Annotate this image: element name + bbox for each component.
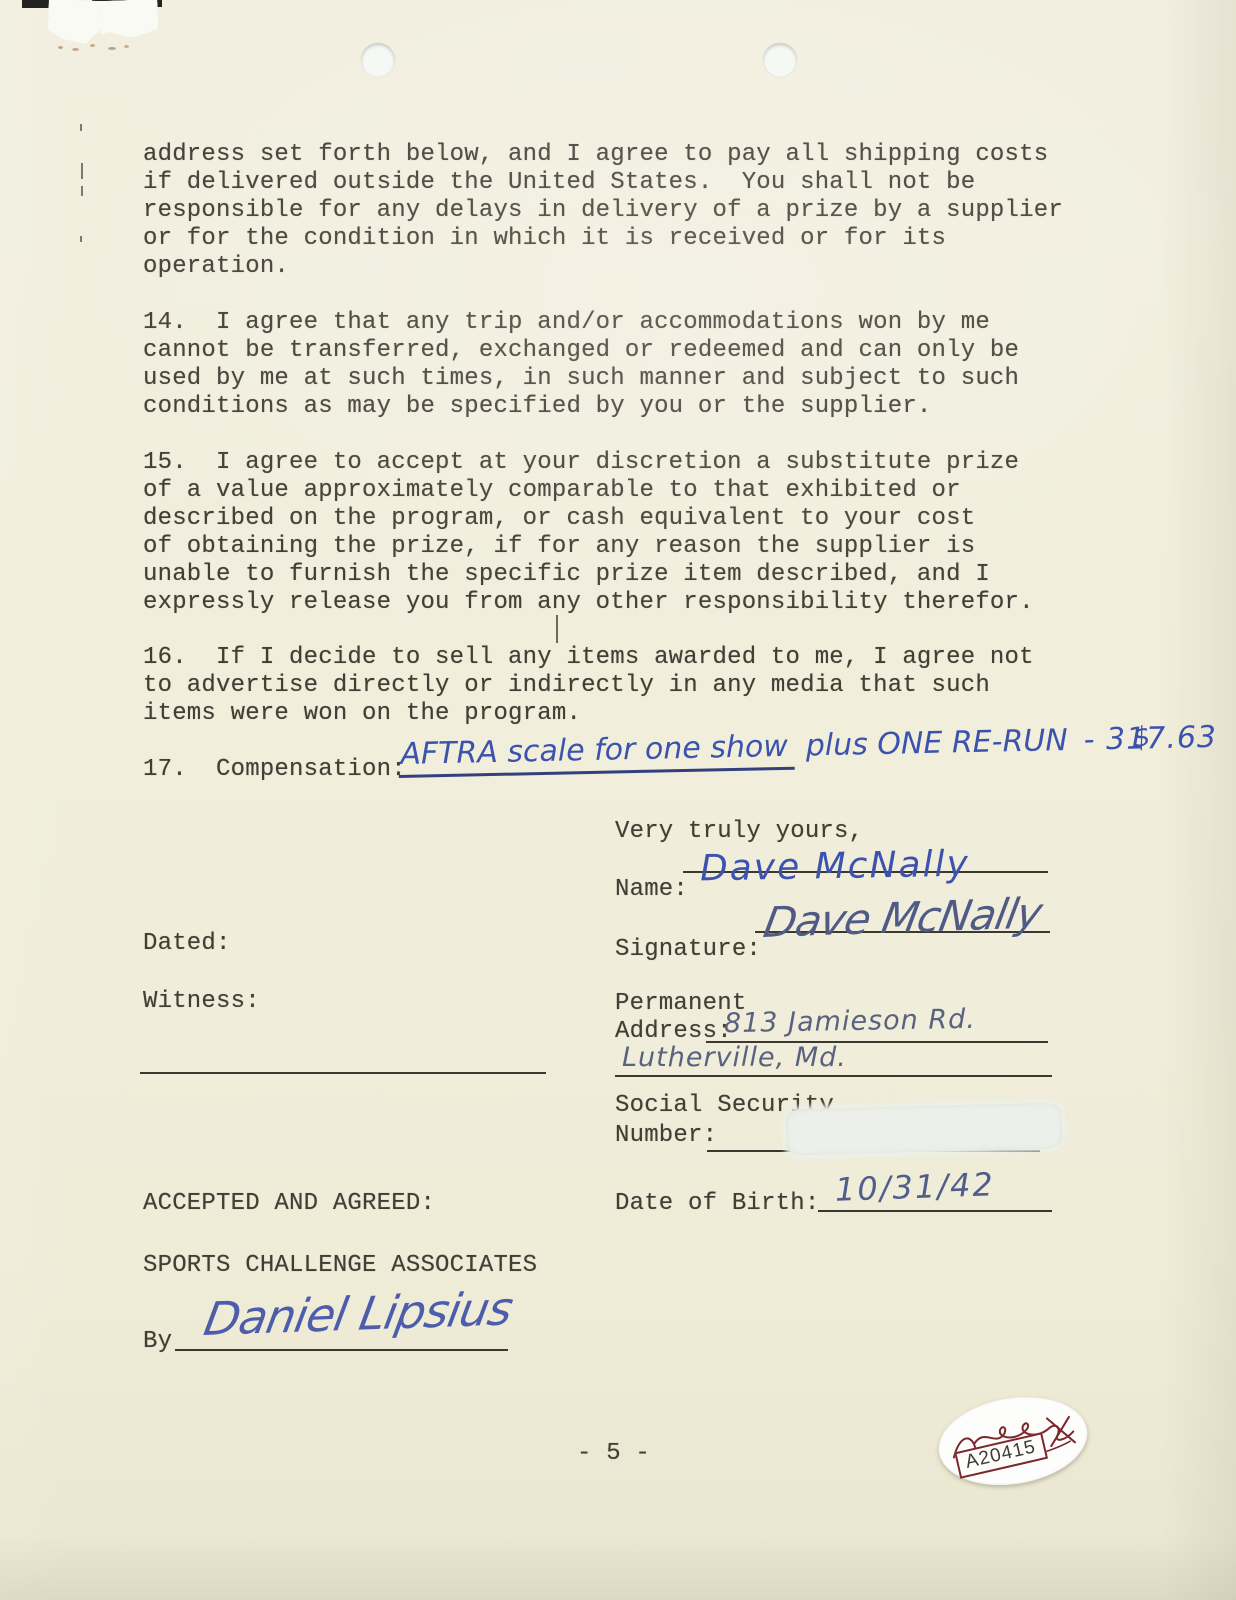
by-handwritten-signature: Daniel Lipsius	[200, 1281, 516, 1346]
clause-intro-continuation: address set forth below, and I agree to …	[143, 141, 1073, 281]
tape-remnant	[99, 0, 158, 39]
scanned-contract-page: address set forth below, and I agree to …	[0, 0, 1236, 1600]
pen-mark	[80, 236, 82, 242]
compensation-rest-text: plus ONE RE-RUN	[805, 723, 1068, 763]
clause-15: 15. I agree to accept at your discretion…	[143, 449, 1073, 617]
tape-remnant	[47, 0, 103, 45]
address-handwritten-line2: Lutherville, Md.	[622, 1042, 847, 1073]
dated-label: Dated:	[143, 930, 231, 958]
name-handwritten-value: Dave McNally	[700, 844, 971, 890]
stain-speck	[58, 46, 63, 49]
pen-mark	[81, 163, 83, 179]
by-signature-line	[175, 1349, 508, 1351]
clause-17-label: 17. Compensation:	[143, 756, 406, 784]
ssn-label-line2: Number:	[615, 1122, 717, 1150]
accepted-and-agreed-label: ACCEPTED AND AGREED:	[143, 1190, 435, 1218]
clause-16: 16. If I decide to sell any items awarde…	[143, 644, 1073, 728]
witness-label: Witness:	[143, 988, 260, 1016]
clause-14: 14. I agree that any trip and/or accommo…	[143, 309, 1073, 421]
stain-speck	[72, 48, 79, 51]
page-number: - 5 -	[577, 1440, 650, 1468]
signature-label: Signature:	[615, 936, 761, 964]
dob-label: Date of Birth:	[615, 1190, 819, 1218]
by-label: By	[143, 1328, 172, 1356]
signature-handwritten-value: Dave McNally	[760, 888, 1045, 947]
compensation-handwriting: AFTRA scale for one showplus ONE RE-RUN-…	[398, 720, 1218, 778]
dob-handwritten-value: 10/31/42	[834, 1165, 995, 1209]
address-handwritten-line1: 813 Jamieson Rd.	[724, 1004, 976, 1039]
pen-mark	[81, 186, 83, 196]
valediction: Very truly yours,	[615, 818, 863, 846]
correction-fluid-patch	[785, 1102, 1062, 1155]
address-line-2-rule	[615, 1075, 1052, 1077]
jsa-authentication-sticker: A20415	[932, 1387, 1094, 1495]
pen-mark	[80, 124, 82, 131]
witness-line	[140, 1072, 546, 1074]
compensation-underlined-text: AFTRA scale for one show	[398, 729, 794, 778]
stain-speck	[90, 44, 95, 47]
hole-punch	[763, 43, 797, 77]
company-name: SPORTS CHALLENGE ASSOCIATES	[143, 1252, 537, 1280]
dob-line	[818, 1210, 1052, 1212]
stain-speck	[108, 47, 116, 50]
stain-speck	[124, 45, 129, 48]
hole-punch	[361, 43, 395, 77]
name-label: Name:	[615, 876, 688, 904]
stray-typewriter-mark	[556, 615, 558, 643]
